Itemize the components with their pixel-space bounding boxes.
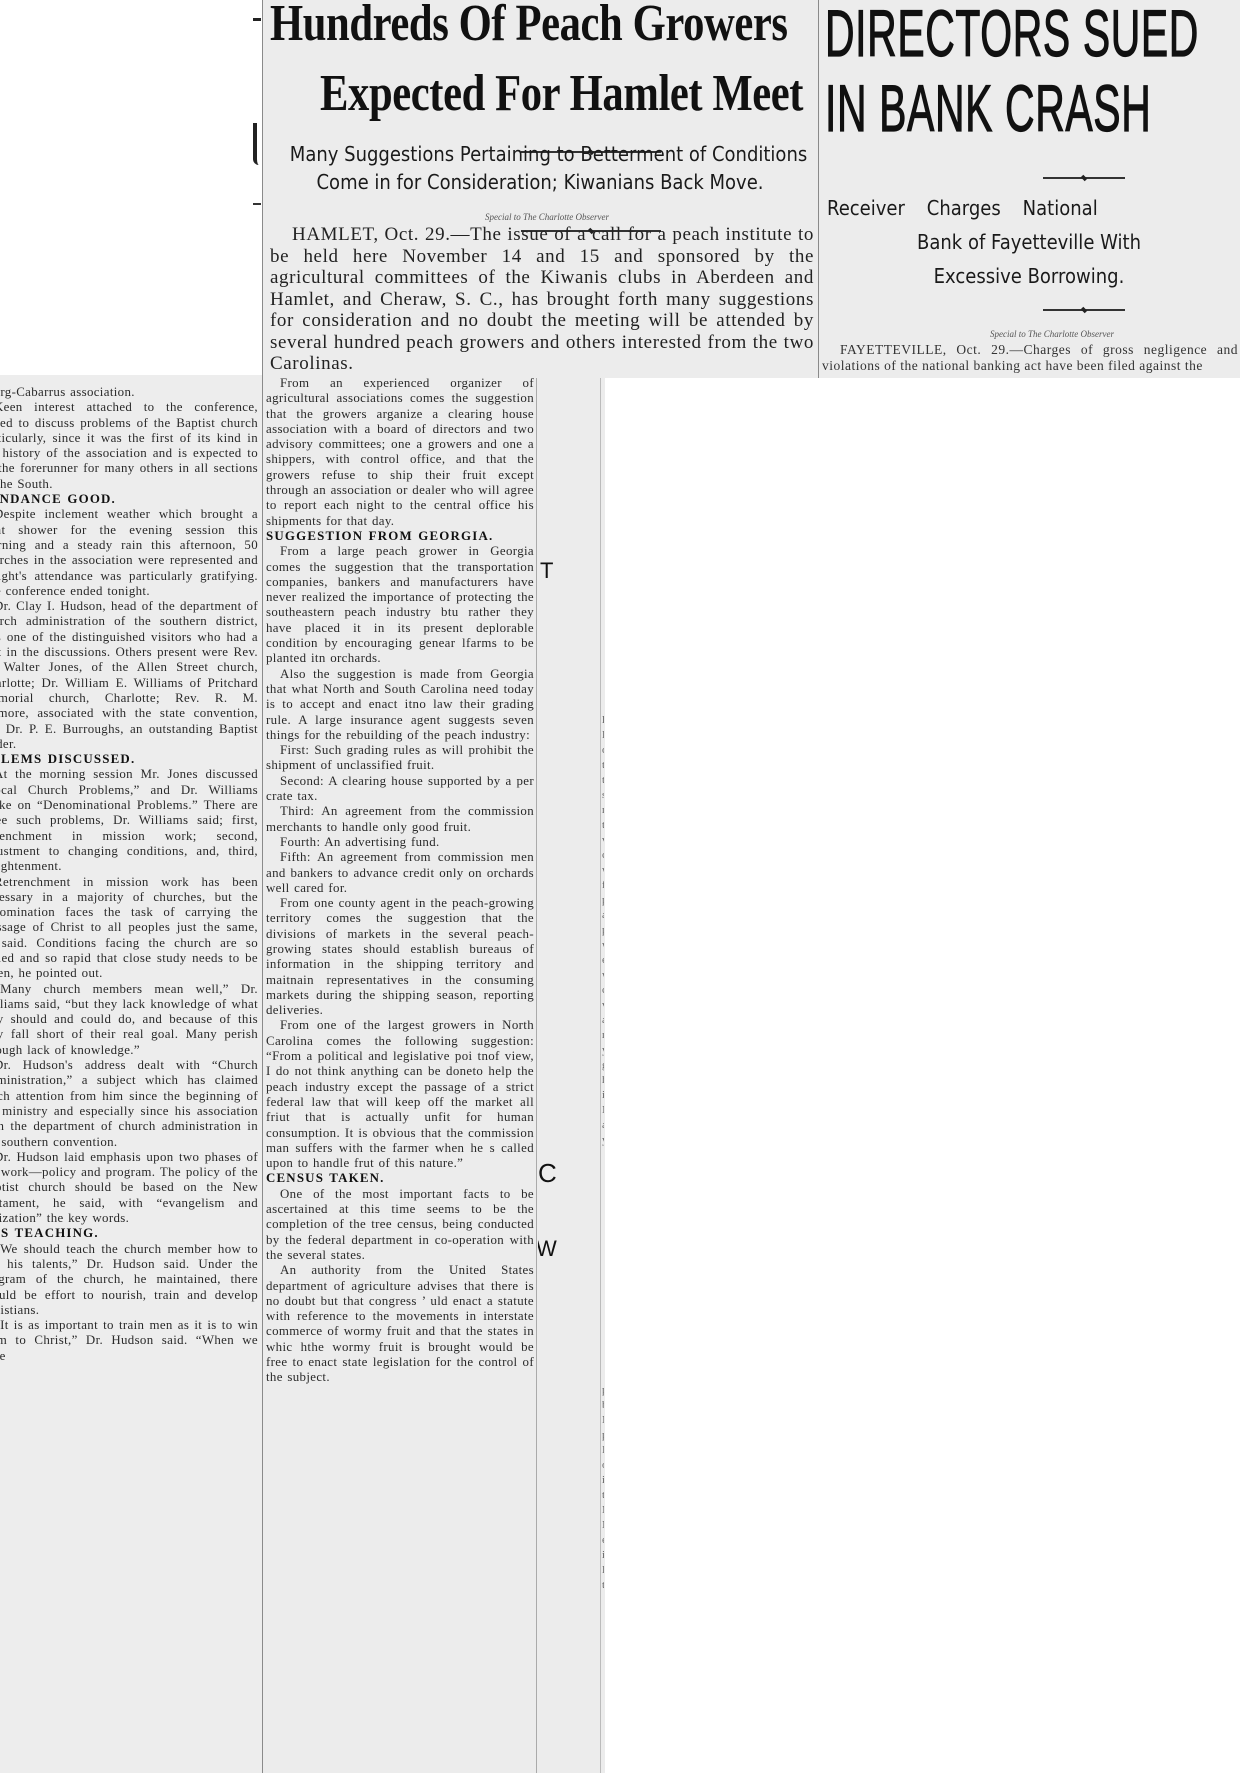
adjacent-letter-fragment: l [602, 713, 604, 728]
adjacent-letter-fragment: g [602, 1058, 604, 1073]
adjacent-letter-fragment: b [602, 1398, 604, 1413]
adjacent-cap-letter: C [538, 1158, 557, 1189]
adjacent-letter-fragment: p [602, 893, 604, 908]
adjacent-letter-fragment: p [602, 923, 604, 938]
column-rule [536, 378, 537, 1773]
adjacent-letter-fragment: y [602, 1043, 604, 1058]
adjacent-letter-fragment: c [602, 983, 604, 998]
peach-paragraph: Fifth: An agreement from commission men … [266, 850, 534, 896]
adjacent-letter-fragment: of [602, 1458, 604, 1473]
adjacent-letter-fragment: N [602, 1103, 604, 1118]
adjacent-letter-fragment: a [602, 908, 604, 923]
adjacent-letter-fragment: s [602, 788, 604, 803]
peach-paragraph: Also the suggestion is made from Georgia… [266, 667, 534, 743]
adjacent-letters-low: pbNpIofistoMNedinHth [602, 1383, 604, 1593]
peach-headline-line1: Hundreds Of Peach Growers [270, 0, 788, 54]
lead-text: HAMLET, Oct. 29.—The issue of a call for… [270, 224, 814, 375]
adjacent-letter-fragment: w [602, 968, 604, 983]
adjacent-letter-fragment: N [602, 1413, 604, 1428]
baptist-column-viewport: nburg-Cabarrus association.Keen interest… [0, 375, 260, 1773]
adjacent-letters-mid: lFdttsntvcwfipapwewcvaryghirNay [602, 713, 604, 1148]
baptist-paragraph: “We should teach the church member how t… [0, 1242, 258, 1318]
baptist-paragraph: Dr. Hudson laid emphasis upon two phases… [0, 1150, 258, 1226]
peach-paragraph: From one of the largest growers in North… [266, 1018, 534, 1171]
peach-subhead: SUGGESTION FROM GEORGIA. [266, 529, 534, 544]
peach-subhead: CENSUS TAKEN. [266, 1171, 534, 1186]
adjacent-letter-fragment: t [602, 818, 604, 833]
adjacent-letter-fragment: a [602, 1013, 604, 1028]
peach-deck-line1: Many Suggestions Pertaining to Bettermen… [290, 142, 790, 166]
adjacent-letter-fragment: in [602, 1548, 604, 1563]
peach-paragraph: Fourth: An advertising fund. [266, 835, 534, 850]
adjacent-letter-fragment: M [602, 1503, 604, 1518]
peach-body-column: From an experienced organizer of agricul… [266, 376, 534, 1386]
adjacent-letter-fragment: I [602, 1443, 604, 1458]
baptist-paragraph: nburg-Cabarrus association. [0, 385, 258, 400]
bank-deck-line3: Excessive Borrowing. [839, 264, 1219, 288]
adjacent-cap-letter: W [538, 1236, 557, 1262]
peach-paragraph: Third: An agreement from the commission … [266, 804, 534, 835]
adjacent-letter-fragment: d [602, 743, 604, 758]
adjacent-letter-fragment: t [602, 758, 604, 773]
adjacent-letter-fragment: to [602, 1488, 604, 1503]
peach-paragraph: From an experienced organizer of agricul… [266, 376, 534, 529]
adjacent-letter-fragment: th [602, 1578, 604, 1593]
adjacent-letter-fragment: H [602, 1563, 604, 1578]
baptist-paragraph: At the morning session Mr. Jones discuss… [0, 767, 258, 874]
page-right-blank [605, 378, 1240, 1773]
column-rule [262, 0, 263, 1773]
baptist-subhead: OBLEMS DISCUSSED. [0, 752, 258, 767]
adjacent-letter-fragment: c [602, 848, 604, 863]
baptist-subhead: GES TEACHING. [0, 1226, 258, 1241]
adjacent-letter-fragment: w [602, 863, 604, 878]
peach-paragraph: From one county agent in the peach-growi… [266, 896, 534, 1018]
adjacent-letter-fragment: v [602, 998, 604, 1013]
baptist-paragraph: Despite inclement weather which brought … [0, 507, 258, 599]
adjacent-letter-fragment: N [602, 1518, 604, 1533]
adjacent-letter-fragment: is [602, 1473, 604, 1488]
peach-lead-paragraph: HAMLET, Oct. 29.—The issue of a call for… [270, 224, 814, 375]
adjacent-letter-fragment: n [602, 803, 604, 818]
bank-deck-line2: Bank of Fayetteville With [839, 230, 1219, 254]
adjacent-letter-fragment: h [602, 1073, 604, 1088]
adjacent-letter-fragment: ed [602, 1533, 604, 1548]
adjacent-letter-fragment: w [602, 938, 604, 953]
bank-headline-line2: IN BANK CRASH [825, 73, 1151, 143]
column-rule [818, 0, 819, 378]
adjacent-letter-fragment: e [602, 953, 604, 968]
baptist-paragraph: Retrenchment in mission work has been ne… [0, 875, 258, 982]
divider-ornament [1043, 177, 1125, 179]
peach-paragraph: An authority from the United States depa… [266, 1263, 534, 1385]
bank-headline-line1: DIRECTORS SUED [825, 0, 1199, 68]
adjacent-letter-fragment: r [602, 1028, 604, 1043]
adjacent-column-fragments: T C W lFdttsntvcwfipapwewcvaryghirNay pb… [538, 378, 604, 1773]
peach-deck-line2: Come in for Consideration; Kiwanians Bac… [290, 170, 790, 194]
divider-ornament [1043, 309, 1125, 311]
baptist-paragraph: “Many church members mean well,” Dr. Wil… [0, 982, 258, 1058]
baptist-paragraph: Dr. Clay I. Hudson, head of the departme… [0, 599, 258, 752]
baptist-body-column: nburg-Cabarrus association.Keen interest… [0, 385, 258, 1364]
bank-lead-paragraph: FAYETTEVILLE, Oct. 29.—Charges of gross … [822, 342, 1238, 374]
adjacent-letter-fragment: F [602, 728, 604, 743]
adjacent-letter-fragment: v [602, 833, 604, 848]
peach-paragraph: Second: A clearing house supported by a … [266, 774, 534, 805]
bank-credit-line: Special to The Charlotte Observer [990, 329, 1114, 339]
bank-lead-text: FAYETTEVILLE, Oct. 29.—Charges of gross … [822, 342, 1238, 374]
adjacent-letter-fragment: t [602, 773, 604, 788]
peach-paragraph: One of the most important facts to be as… [266, 1187, 534, 1263]
peach-paragraph: First: Such grading rules as will prohib… [266, 743, 534, 774]
adjacent-letter-fragment: p [602, 1383, 604, 1398]
adjacent-letter-fragment: ir [602, 1088, 604, 1103]
peach-paragraph: From a large peach grower in Georgia com… [266, 544, 534, 666]
bank-deck-line1: Receiver Charges National [818, 196, 1214, 220]
adjacent-letter-fragment: a [602, 1118, 604, 1133]
peach-credit-line: Special to The Charlotte Observer [485, 212, 609, 222]
baptist-subhead: TENDANCE GOOD. [0, 492, 258, 507]
adjacent-letter-fragment: p [602, 1428, 604, 1443]
baptist-paragraph: Keen interest attached to the conference… [0, 400, 258, 492]
adjacent-cap-letter: T [540, 558, 553, 584]
adjacent-letter-fragment: fi [602, 878, 604, 893]
baptist-paragraph: Dr. Hudson's address dealt with “Church … [0, 1058, 258, 1150]
peach-headline-line2: Expected For Hamlet Meet [320, 64, 803, 124]
adjacent-letter-fragment: y [602, 1133, 604, 1148]
baptist-paragraph: “It is as important to train men as it i… [0, 1318, 258, 1364]
